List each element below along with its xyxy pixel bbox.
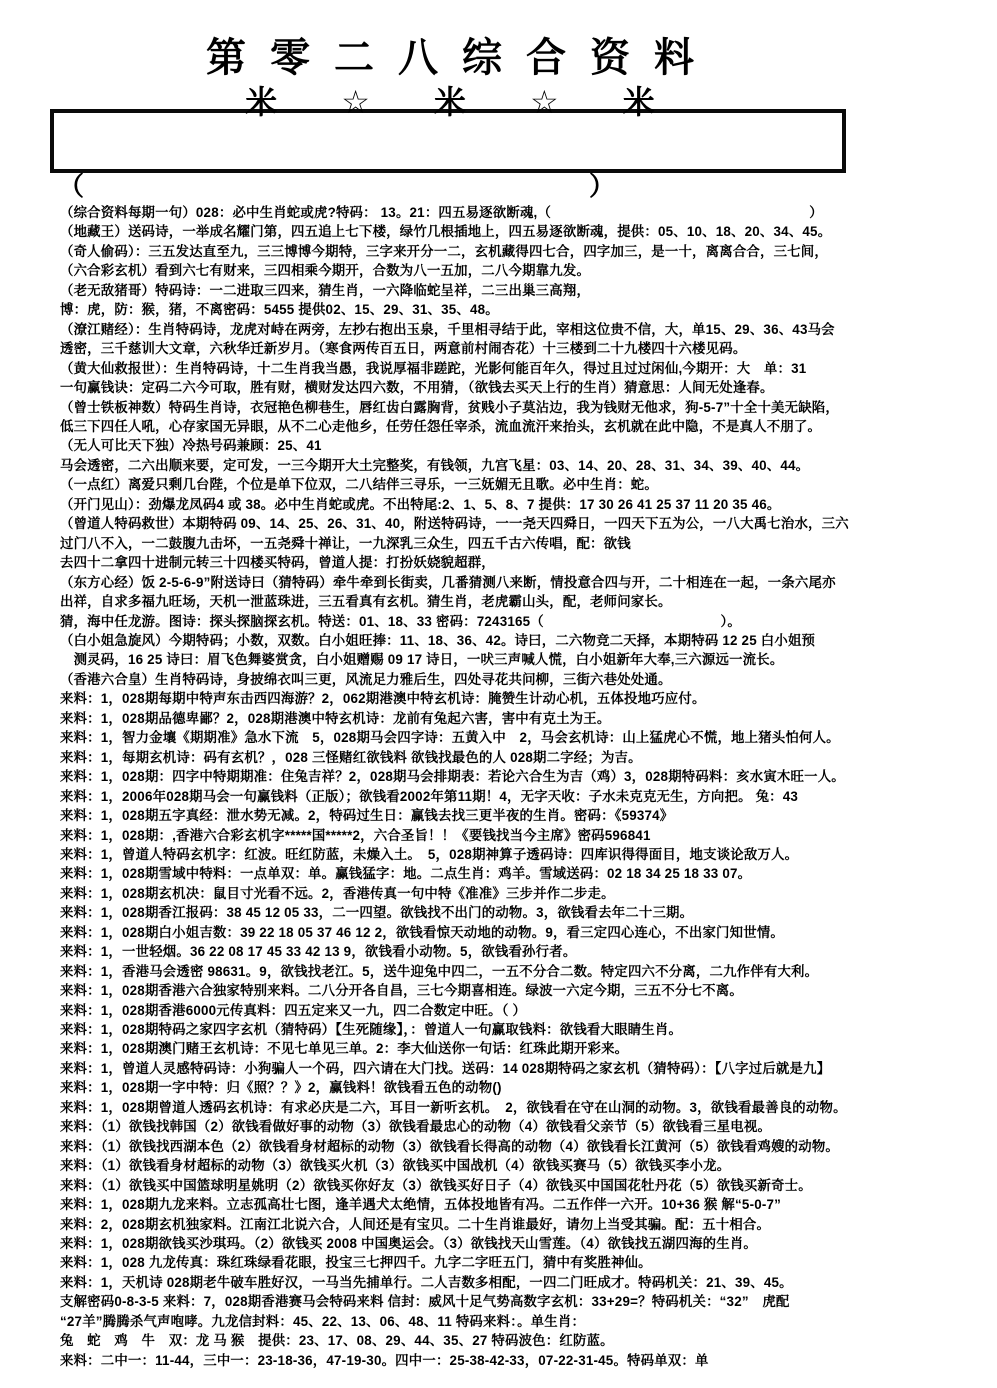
paren-line: （ ） bbox=[58, 173, 997, 201]
text-line: （曾士铁板神数）特码生肖诗，衣冠艳色柳巷生，唇红齿白露胸背，贫贱小子莫沾边，我为… bbox=[60, 398, 945, 417]
text-line: 来料：1，028期五字真经：泄水势无减。2，特码过生日：赢钱去找三更半夜的生肖。… bbox=[60, 806, 945, 825]
asterisk-icon: 米 bbox=[623, 85, 655, 119]
close-paren: ） bbox=[589, 173, 615, 199]
body-text: （综合资料每期一句）028：必中生肖蛇或虎?特码： 13。21：四五易逐欲断魂,… bbox=[60, 203, 945, 1370]
text-line: 来料：1，028期香港六合独家特别来料。二八分开各自昌，三七今期喜相连。绿波一六… bbox=[60, 981, 945, 1000]
asterisk-icon: 米 bbox=[245, 85, 277, 119]
text-line: 来料：1，028期玄机决：鼠目寸光看不远。2，香港传真一句中特《准准》三步并作二… bbox=[60, 884, 945, 903]
open-paren: （ bbox=[58, 173, 84, 199]
text-line: 过门八不入，一二鼓腹九击坏，一五尧舜十禅让，一九深乳三众生，四五千古六传唱，配：… bbox=[60, 534, 945, 553]
text-line: 来料：1，028期欲钱买沙琪玛。（2）欲钱买 2008 中国奥运会。（3）欲钱找… bbox=[60, 1234, 945, 1253]
text-line: 来料：（1）欲钱看身材超标的动物（3）欲钱买火机（3）欲钱买中国战机（4）欲钱买… bbox=[60, 1156, 945, 1175]
text-line: （奇人偷码）：三五发达直至九，三三博博今期特，三字来开分一二，玄机藏得四七合，四… bbox=[60, 242, 945, 261]
page-header: 第零二八综合资料 米 ☆ 米 ☆ 米 bbox=[50, 26, 850, 119]
text-line: 来料：二中一：11-44，三中一：23-18-36，47-19-30。四中一：2… bbox=[60, 1351, 945, 1370]
text-line: （无人可比天下独）冷热号码兼顾：25、41 bbox=[60, 436, 945, 455]
text-line: （黄大仙救报世）：生肖特码诗，十二生肖我当愚，我说厚福非蹉跎，光影何能百年久，得… bbox=[60, 359, 945, 378]
text-line: 去四十二拿四十进制元转三十四楼买特码，曾道人提：打扮妖娆貌超群， bbox=[60, 553, 945, 572]
text-line: 来料：1，028期每期中特声东击西四海游？2，062期港澳中特玄机诗：腌赞生计动… bbox=[60, 689, 945, 708]
text-line: （曾道人特码救世）本期特码 09、14、25、26、31、40，附送特码诗，一一… bbox=[60, 514, 945, 533]
text-line: （一点红）离爱只剩几台陛，个位是单下位双，二八结伴三寻乐，一三妩媚无且歌。必中生… bbox=[60, 475, 945, 494]
text-line: 来料：1，028期雪域中特料：一点单双：单。赢钱猛字：地。二点生肖：鸡羊。雪域送… bbox=[60, 864, 945, 883]
text-line: 来料：1，一世轻烟。36 22 08 17 45 33 42 13 9，欲钱看小… bbox=[60, 942, 945, 961]
text-line: 来料：1，028期一字中特：归《照？？》2，赢钱料！欲钱看五色的动物() bbox=[60, 1078, 945, 1097]
text-line: （综合资料每期一句）028：必中生肖蛇或虎?特码： 13。21：四五易逐欲断魂,… bbox=[60, 203, 945, 222]
text-line: 来料：1，智力金壤《期期准》急水下流 5，028期马会四字诗：五黄入中 2，马会… bbox=[60, 728, 945, 747]
text-line: 来料：1，2006年028期马会一句赢钱料（正版）；欲钱看2002年第11期！4… bbox=[60, 787, 945, 806]
text-line: 出祥，自求多福九旺场，天机一泄蓝珠进，三五看真有玄机。猜生肖，老虎霸山头，配，老… bbox=[60, 592, 945, 611]
text-line: （老无敌猪哥）特码诗：一二进取三四来，猜生肖，一六降临蛇呈祥，二三出巢三高翔， bbox=[60, 281, 945, 300]
text-line: 来料：（1）欲钱找西湖本色（2）欲钱看身材超标的动物（3）欲钱看长得高的动物（4… bbox=[60, 1137, 945, 1156]
text-line: 来料：1，028期香江报码：38 45 12 05 33，二一四望。欲钱找不出门… bbox=[60, 903, 945, 922]
text-line: 猜，海中任龙游。图诗：探头探脑探玄机。特送：01、18、33 密码：724316… bbox=[60, 612, 945, 631]
text-line: （香港六合皇）生肖特码诗，身披绵衣叫三更，风流足力雅后生，四处寻花共问柳，三街六… bbox=[60, 670, 945, 689]
text-line: 兔 蛇 鸡 牛 双：龙 马 猴 提供：23、17、08、29、44、35、27 … bbox=[60, 1331, 945, 1350]
text-line: 来料：（1）欲钱找韩国（2）欲钱看做好事的动物（3）欲钱看最忠心的动物（4）欲钱… bbox=[60, 1117, 945, 1136]
text-line: 测灵码，16 25 诗曰：眉飞色舞婆赏贪，白小姐赠赐 09 17 诗日，一吠三声… bbox=[60, 650, 945, 669]
text-line: 来料：1，028期澳门赌王玄机诗：不见七单见三单。2：李大仙送你一句话：红珠此期… bbox=[60, 1039, 945, 1058]
text-line: 来料：1，028 九龙传真：珠红珠绿看花眼，投宝三七押四千。九字二字旺五门，猜中… bbox=[60, 1253, 945, 1272]
text-line: 来料：1，每期玄机诗：码有玄机？，028 三怪赌红欲钱料 欲钱找最色的人 028… bbox=[60, 748, 945, 767]
text-line: 来料：1，曾道人灵感特码诗：小狗骗人一个码，四六请在大门找。送码：14 028期… bbox=[60, 1059, 945, 1078]
text-line: 来料：1，曾道人特码玄机字：红波。旺红防蓝，未燥入土。 5，028期神算子透码诗… bbox=[60, 845, 945, 864]
text-line: 来料：1，028期：四字中特期期准：住兔吉祥？2，028期马会排期表：若论六合生… bbox=[60, 767, 945, 786]
star-icon: ☆ bbox=[341, 85, 370, 119]
text-line: 一句赢钱诀：定码二六今可取，胜有财，横财发达四六数，不用猜，（欲钱去买天上行的生… bbox=[60, 378, 945, 397]
text-line: 来料：1，028期品德卑鄙？2，028期港澳中特玄机诗：龙前有兔起六害，害中有克… bbox=[60, 709, 945, 728]
text-line: 来料：2，028期玄机独家料。江南江北说六合，人间还是有宝贝。二十生肖谁最好，请… bbox=[60, 1215, 945, 1234]
text-line: （地藏王）送码诗，一举成名耀门第，四五追上七下楼，绿竹几根插地上，四五易逐欲断魂… bbox=[60, 222, 945, 241]
page-title: 第零二八综合资料 bbox=[50, 26, 850, 83]
text-line: 来料：1，028期曾道人透码玄机诗：有求必庆是二六，耳目一新听玄机。 2，欲钱看… bbox=[60, 1098, 945, 1117]
text-line: 来料：1，028期九龙来料。立志孤高壮七图，逢羊遇犬太绝情，五体投地皆有冯。二五… bbox=[60, 1195, 945, 1214]
text-line: “27羊”腾腾杀气声咆哮。九龙信封料：45、22、13、06、48、11 特码来… bbox=[60, 1312, 945, 1331]
text-line: 低三下四任人吼，心存家国无异眼，从不二心走他乡，任劳任怨任宰杀，流血流汗来抬头，… bbox=[60, 417, 945, 436]
text-line: 支解密码0-8-3-5 来料：7，028期香港赛马会特码来料 信封：威风十足气势… bbox=[60, 1292, 945, 1311]
text-line: （六合彩玄机）看到六七有财来，三四相乘今期开，合数为八一五加，二八今期靠九发。 bbox=[60, 261, 945, 280]
text-line: （潦江赌经）：生肖特码诗，龙虎对峙在两旁，左抄右抱出玉泉，千里相寻结于此，宰相这… bbox=[60, 320, 945, 339]
text-line: 来料：1，028期：,香港六合彩玄机字*****国*****2，六合圣旨！！《要… bbox=[60, 826, 945, 845]
star-icon: ☆ bbox=[530, 85, 559, 119]
text-line: 来料：1，天机诗 028期老牛破车胜好汉，一马当先捕单行。二人吉数多相配，一四二… bbox=[60, 1273, 945, 1292]
asterisk-icon: 米 bbox=[434, 85, 466, 119]
text-line: 来料：1，028期香港6000元传真料：四五定来又一九，四二合数定中旺。（ ） bbox=[60, 1001, 945, 1020]
text-line: 马会透密，二六出顺来要，定可发，一三今期开大土完整奖，有钱领，九宫飞星：03、1… bbox=[60, 456, 945, 475]
text-line: （白小姐急旋风）今期特码；小数，双数。白小姐旺捧：11、18、36、42。诗曰，… bbox=[60, 631, 945, 650]
text-line: 来料：1，香港马会透密 98631。9，欲钱找老江。5，送牛迎兔中四二，一五不分… bbox=[60, 962, 945, 981]
text-line: 来料：1，028期特码之家四字玄机（猜特码）【生死随缘】，：曾道人一句赢取钱料：… bbox=[60, 1020, 945, 1039]
text-line: 博：虎，防：猴，猪，不离密码：5455 提供02、15、29、31、35、48。 bbox=[60, 300, 945, 319]
text-line: （东方心经）饭 2-5-6-9”附送诗曰（猜特码）牵牛牵到长街卖，几番猜测八来断… bbox=[60, 573, 945, 592]
text-line: 透密，三千慈训大文章，六秋华迁新岁月。（寒食两传百五日，两意前村闹杏花）十三楼到… bbox=[60, 339, 945, 358]
text-line: 来料：（1）欲钱买中国篮球明星姚明（2）欲钱买你好友（3）欲钱买好日子（4）欲钱… bbox=[60, 1176, 945, 1195]
text-line: （开门见山）：劲爆龙凤码4 或 38。必中生肖蛇或虎。不出特尾:2、1、5、8、… bbox=[60, 495, 945, 514]
text-line: 来料：1，028期白小姐吉数：39 22 18 05 37 46 12 2，欲钱… bbox=[60, 923, 945, 942]
